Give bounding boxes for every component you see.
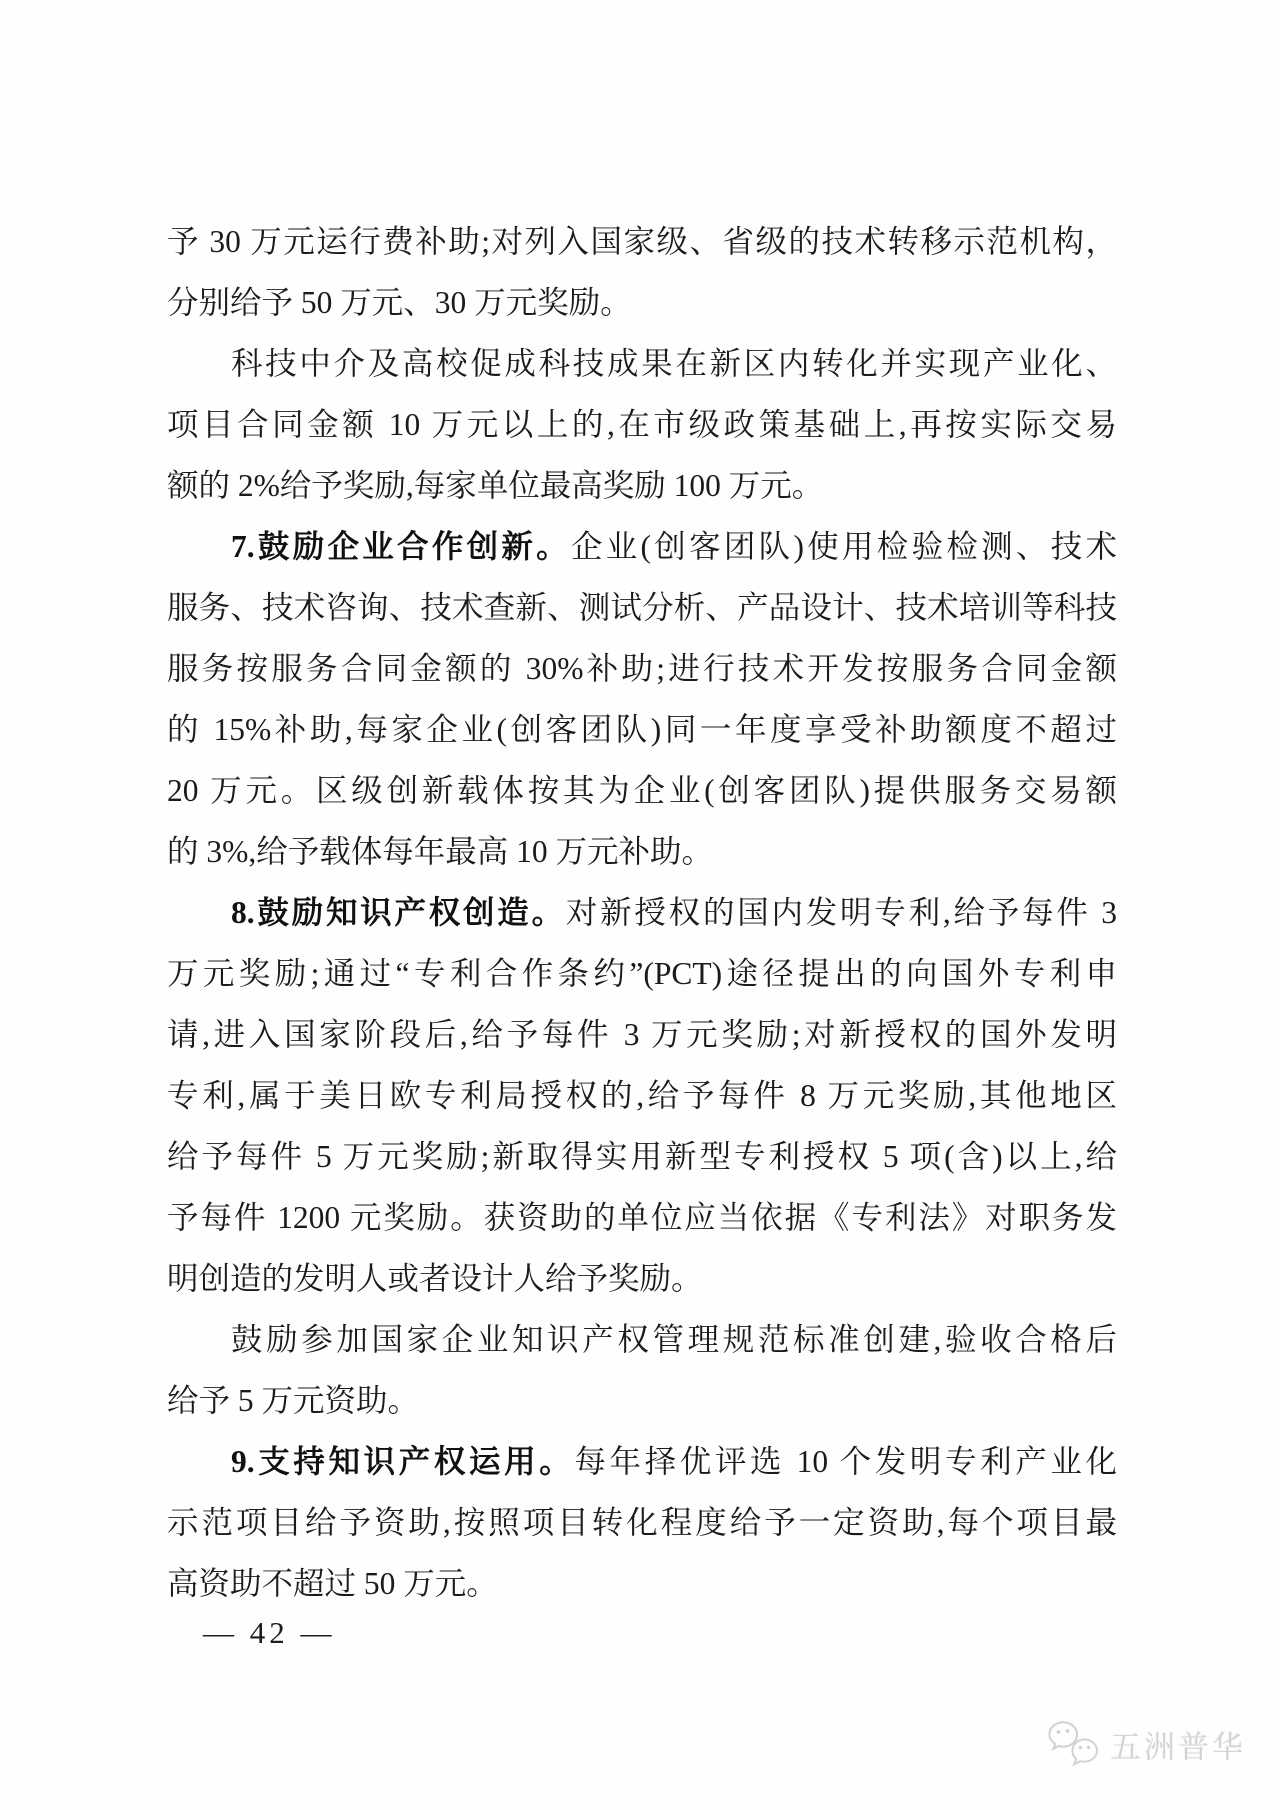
page-number: — 42 — xyxy=(203,1612,336,1654)
text-run: 的 3%,给予载体每年最高 10 万元补助。 xyxy=(167,834,713,869)
text-run: 服务按服务合同金额的 30%补助;进行技术开发按服务合同金额 xyxy=(167,651,1117,686)
text-line: 额的 2%给予奖励,每家单位最高奖励 100 万元。 xyxy=(167,455,1117,516)
text-run: 项目合同金额 10 万元以上的,在市级政策基础上,再按实际交易 xyxy=(167,407,1117,442)
text-run: 鼓励参加国家企业知识产权管理规范标准创建,验收合格后 xyxy=(231,1322,1117,1357)
text-line: 20 万元。区级创新载体按其为企业(创客团队)提供服务交易额 xyxy=(167,760,1117,821)
text-line: 9.支持知识产权运用。每年择优评选 10 个发明专利产业化 xyxy=(167,1431,1117,1492)
text-line: 予 30 万元运行费补助;对列入国家级、省级的技术转移示范机构， xyxy=(167,211,1117,272)
text-line: 鼓励参加国家企业知识产权管理规范标准创建,验收合格后 xyxy=(167,1309,1117,1370)
text-line: 服务按服务合同金额的 30%补助;进行技术开发按服务合同金额 xyxy=(167,638,1117,699)
watermark: 五洲普华 xyxy=(1046,1720,1246,1768)
text-run: 予每件 1200 元奖励。获资助的单位应当依据《专利法》对职务发 xyxy=(167,1200,1117,1235)
text-line: 服务、技术咨询、技术查新、测试分析、产品设计、技术培训等科技 xyxy=(167,577,1117,638)
text-run: 服务、技术咨询、技术查新、测试分析、产品设计、技术培训等科技 xyxy=(167,590,1117,625)
wechat-bubbles-icon xyxy=(1046,1720,1100,1768)
item-heading: 8.鼓励知识产权创造。 xyxy=(231,895,566,930)
text-run: 示范项目给予资助,按照项目转化程度给予一定资助,每个项目最 xyxy=(167,1505,1117,1540)
text-line: 示范项目给予资助,按照项目转化程度给予一定资助,每个项目最 xyxy=(167,1492,1117,1553)
text-run: 分别给予 50 万元、30 万元奖励。 xyxy=(167,285,632,320)
text-run: 对新授权的国内发明专利,给予每件 3 xyxy=(566,895,1117,930)
text-line: 万元奖励;通过“专利合作条约”(PCT)途径提出的向国外专利申 xyxy=(167,943,1117,1004)
item-heading: 7.鼓励企业合作创新。 xyxy=(231,529,571,564)
document-body: 予 30 万元运行费补助;对列入国家级、省级的技术转移示范机构，分别给予 50 … xyxy=(167,211,1117,1614)
text-run: 企业(创客团队)使用检验检测、技术 xyxy=(571,529,1117,564)
text-run: 高资助不超过 50 万元。 xyxy=(167,1566,498,1601)
text-line: 8.鼓励知识产权创造。对新授权的国内发明专利,给予每件 3 xyxy=(167,882,1117,943)
text-line: 高资助不超过 50 万元。 xyxy=(167,1553,1117,1614)
text-run: 予 30 万元运行费补助;对列入国家级、省级的技术转移示范机构， xyxy=(167,224,1117,259)
text-run: 请,进入国家阶段后,给予每件 3 万元奖励;对新授权的国外发明 xyxy=(167,1017,1117,1052)
text-run: 每年择优评选 10 个发明专利产业化 xyxy=(574,1444,1117,1479)
text-run: 给予每件 5 万元奖励;新取得实用新型专利授权 5 项(含)以上,给 xyxy=(167,1139,1117,1174)
text-run: 的 15%补助,每家企业(创客团队)同一年度享受补助额度不超过 xyxy=(167,712,1117,747)
text-run: 明创造的发明人或者设计人给予奖励。 xyxy=(167,1261,703,1296)
document-page: 予 30 万元运行费补助;对列入国家级、省级的技术转移示范机构，分别给予 50 … xyxy=(0,0,1280,1810)
text-line: 7.鼓励企业合作创新。企业(创客团队)使用检验检测、技术 xyxy=(167,516,1117,577)
text-line: 分别给予 50 万元、30 万元奖励。 xyxy=(167,272,1117,333)
text-line: 给予每件 5 万元奖励;新取得实用新型专利授权 5 项(含)以上,给 xyxy=(167,1126,1117,1187)
text-line: 给予 5 万元资助。 xyxy=(167,1370,1117,1431)
watermark-text: 五洲普华 xyxy=(1110,1722,1246,1767)
text-run: 科技中介及高校促成科技成果在新区内转化并实现产业化、 xyxy=(231,346,1117,381)
text-run: 万元奖励;通过“专利合作条约”(PCT)途径提出的向国外专利申 xyxy=(167,956,1117,991)
text-run: 额的 2%给予奖励,每家单位最高奖励 100 万元。 xyxy=(167,468,823,503)
text-line: 项目合同金额 10 万元以上的,在市级政策基础上,再按实际交易 xyxy=(167,394,1117,455)
text-line: 予每件 1200 元奖励。获资助的单位应当依据《专利法》对职务发 xyxy=(167,1187,1117,1248)
text-line: 的 3%,给予载体每年最高 10 万元补助。 xyxy=(167,821,1117,882)
text-run: 专利,属于美日欧专利局授权的,给予每件 8 万元奖励,其他地区 xyxy=(167,1078,1117,1113)
text-run: 给予 5 万元资助。 xyxy=(167,1383,419,1418)
text-line: 请,进入国家阶段后,给予每件 3 万元奖励;对新授权的国外发明 xyxy=(167,1004,1117,1065)
text-line: 明创造的发明人或者设计人给予奖励。 xyxy=(167,1248,1117,1309)
text-line: 专利,属于美日欧专利局授权的,给予每件 8 万元奖励,其他地区 xyxy=(167,1065,1117,1126)
text-line: 科技中介及高校促成科技成果在新区内转化并实现产业化、 xyxy=(167,333,1117,394)
item-heading: 9.支持知识产权运用。 xyxy=(231,1444,574,1479)
text-line: 的 15%补助,每家企业(创客团队)同一年度享受补助额度不超过 xyxy=(167,699,1117,760)
text-run: 20 万元。区级创新载体按其为企业(创客团队)提供服务交易额 xyxy=(167,773,1117,808)
